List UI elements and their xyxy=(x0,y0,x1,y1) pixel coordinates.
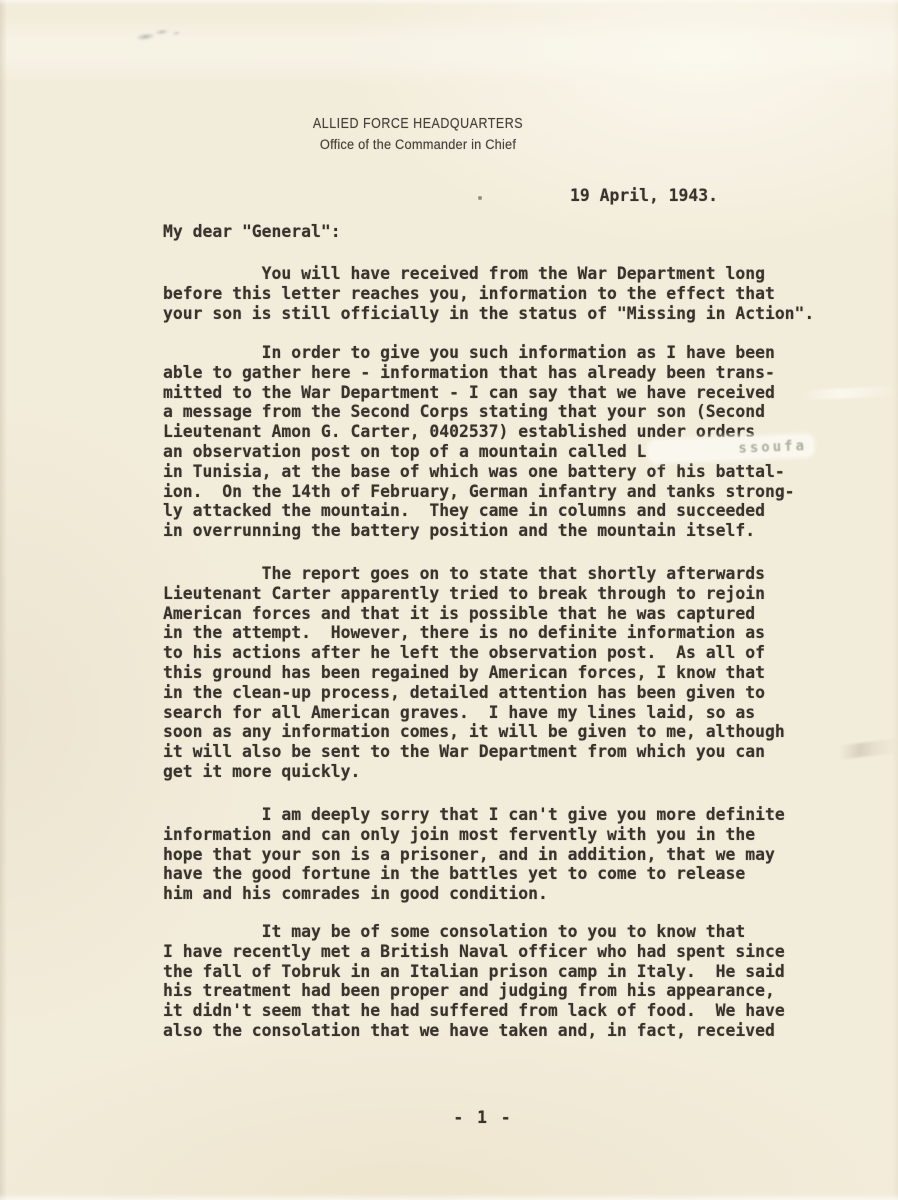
salutation: My dear "General": xyxy=(163,222,341,242)
paragraph-3: The report goes on to state that shortly… xyxy=(163,564,785,782)
paper-crease-right-upper xyxy=(800,385,898,400)
paragraph-5: It may be of some consolation to you to … xyxy=(163,922,785,1041)
paragraph-4: I am deeply sorry that I can't give you … xyxy=(163,805,785,904)
letter-page: ALLIED FORCE HEADQUARTERS Office of the … xyxy=(0,0,898,1200)
redaction-ghost-text: ssoufa xyxy=(738,437,813,456)
letterhead-org-name: ALLIED FORCE HEADQUARTERS xyxy=(160,116,676,132)
paragraph-1: You will have received from the War Depa… xyxy=(163,264,814,323)
pencil-smudge xyxy=(127,22,191,46)
letterhead: ALLIED FORCE HEADQUARTERS Office of the … xyxy=(118,116,718,152)
date-line: 19 April, 1943. xyxy=(570,186,718,206)
stray-ink-mark xyxy=(478,196,482,200)
letterhead-office-line: Office of the Commander in Chief xyxy=(133,137,703,152)
page-number: - 1 - xyxy=(163,1108,803,1128)
paper-crease-right-mid xyxy=(839,739,898,760)
